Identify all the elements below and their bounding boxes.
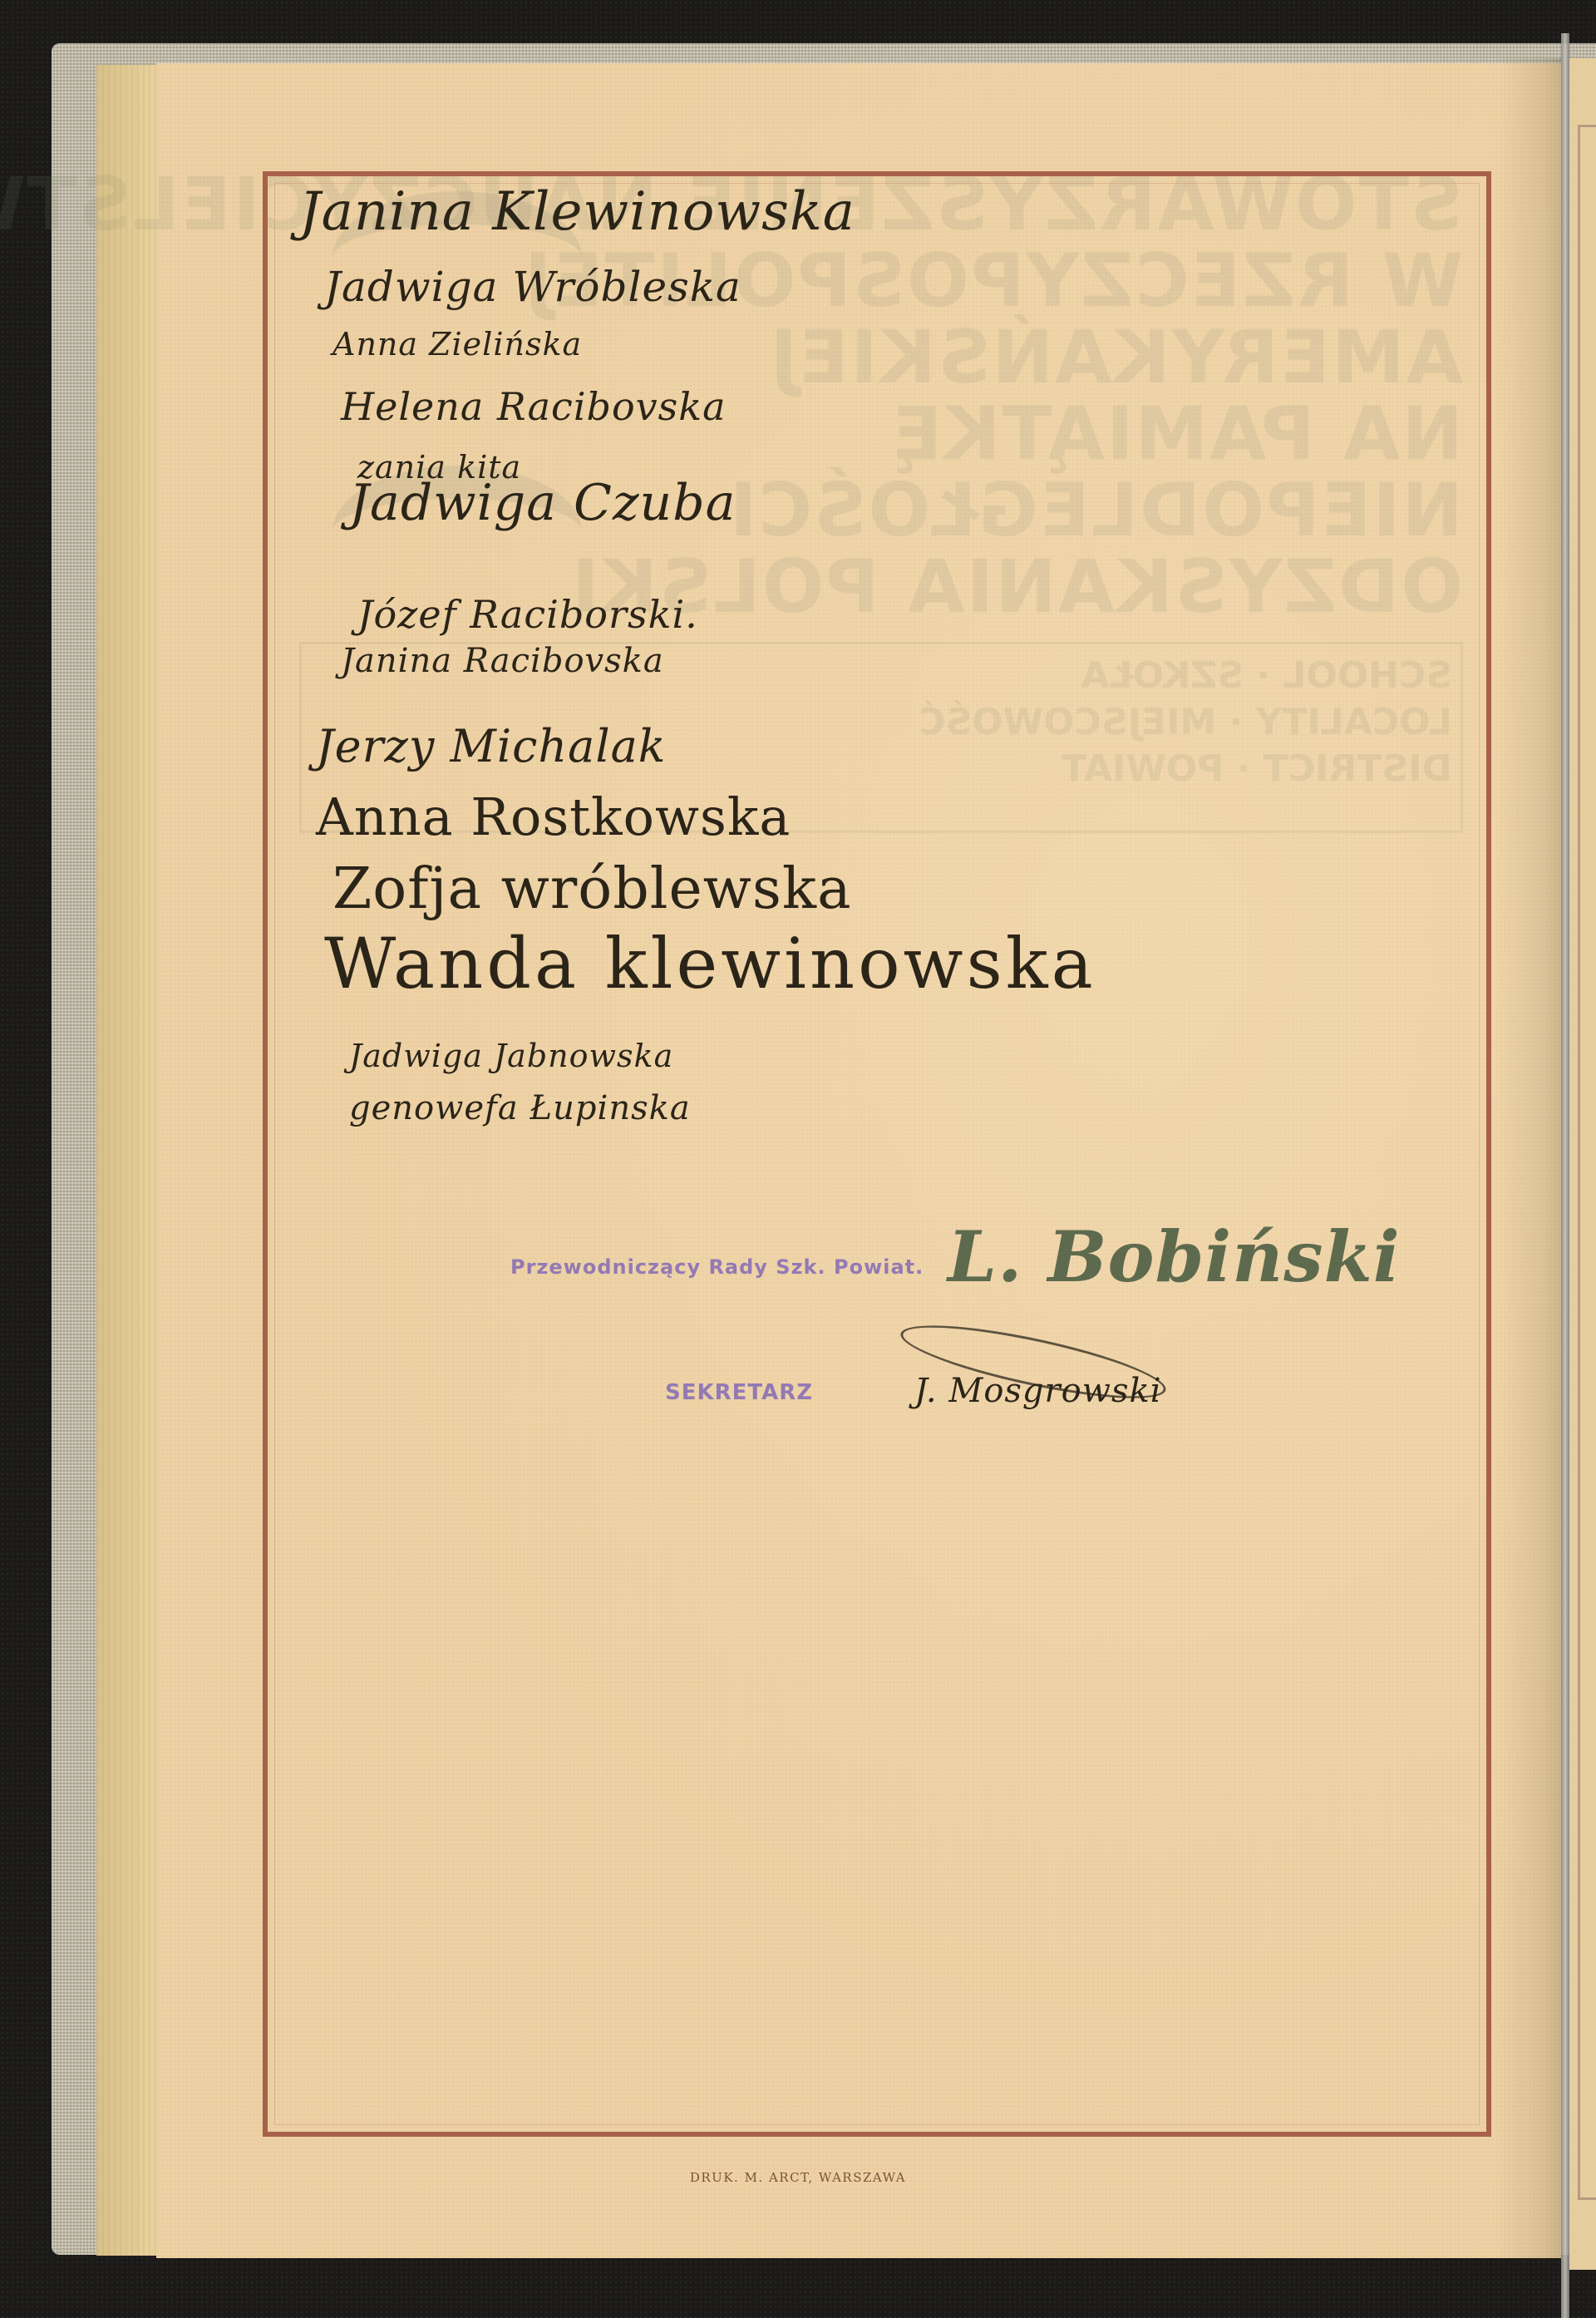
glass-plate-edge: [1561, 33, 1569, 2318]
signature: Anna Rostkowska: [316, 787, 791, 847]
page-block-edges: [96, 65, 156, 2256]
signature: Janina Klewinowska: [299, 181, 855, 243]
signature: Jadwiga Wróbleska: [324, 263, 741, 311]
facing-page-strip: [1569, 58, 1596, 2270]
signature: Zofja wróblewska: [332, 856, 852, 922]
gutter-shadow: [1496, 58, 1563, 2261]
signature: Wanda klewinowska: [324, 923, 1096, 1004]
signature: Jerzy Michalak: [316, 720, 667, 772]
signature: Józef Raciborski.: [357, 592, 698, 637]
chairman-signature: L. Bobiński: [948, 1216, 1401, 1298]
signature: Helena Racibovska: [341, 384, 727, 429]
signature: Anna Zielińska: [332, 326, 582, 362]
facing-page-border: [1578, 125, 1596, 2200]
signature: genowefa Łupinska: [349, 1089, 691, 1127]
signature: Janina Racibovska: [341, 642, 664, 680]
printer-imprint: DRUK. M. ARCT, WARSZAWA: [0, 2170, 1596, 2185]
signature: Jadwiga Jabnowska: [349, 1038, 673, 1074]
signature: Jadwiga Czuba: [349, 474, 736, 532]
secretary-stamp: SEKRETARZ: [665, 1380, 813, 1405]
secretary-signature: J. Mosgrowski: [914, 1372, 1162, 1410]
chairman-stamp: Przewodniczący Rady Szk. Powiat.: [510, 1255, 924, 1279]
